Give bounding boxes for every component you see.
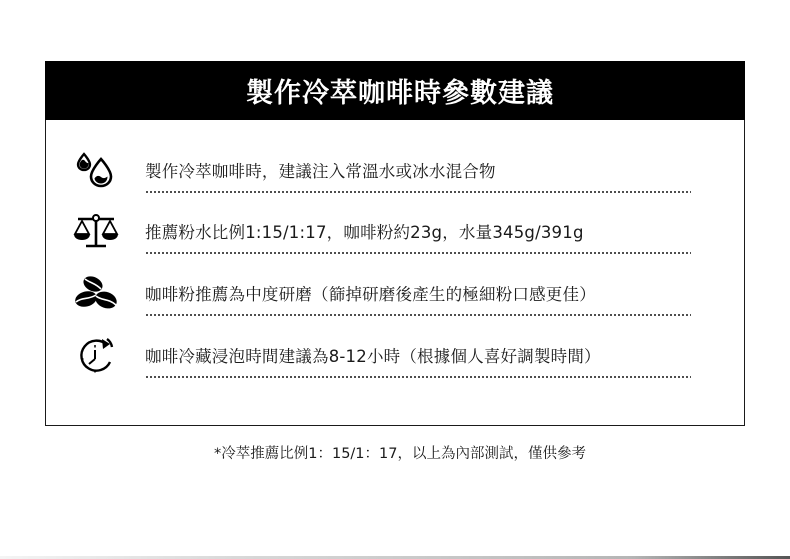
page-title: 製作冷萃咖啡時參數建議 — [246, 71, 554, 110]
dotted-divider — [145, 252, 691, 254]
list-item: 製作冷萃咖啡時，建議注入常溫水或冰水混合物 — [70, 150, 692, 190]
timer-clock-icon — [70, 335, 122, 375]
item-text: 推薦粉水比例1:15/1:17，咖啡粉約23g，水量345g/391g — [145, 219, 584, 243]
card-header: 製作冷萃咖啡時參數建議 — [45, 61, 745, 120]
item-text: 製作冷萃咖啡時，建議注入常溫水或冰水混合物 — [145, 158, 496, 182]
dotted-divider — [145, 376, 691, 378]
balance-scale-icon — [70, 211, 122, 251]
coffee-beans-icon — [70, 273, 122, 313]
water-drops-icon — [70, 150, 122, 190]
item-text: 咖啡粉推薦為中度研磨（篩掉研磨後產生的極細粉口感更佳） — [145, 281, 596, 305]
list-item: 咖啡冷藏浸泡時間建議為8-12小時（根據個人喜好調製時間） — [70, 335, 692, 375]
item-text: 咖啡冷藏浸泡時間建議為8-12小時（根據個人喜好調製時間） — [145, 343, 601, 367]
list-item: 咖啡粉推薦為中度研磨（篩掉研磨後產生的極細粉口感更佳） — [70, 273, 692, 313]
dotted-divider — [145, 314, 691, 316]
list-item: 推薦粉水比例1:15/1:17，咖啡粉約23g，水量345g/391g — [70, 211, 692, 251]
footnote: *冷萃推薦比例1：15/1：17，以上為內部測試，僅供參考 — [5, 442, 790, 463]
dotted-divider — [145, 191, 691, 193]
